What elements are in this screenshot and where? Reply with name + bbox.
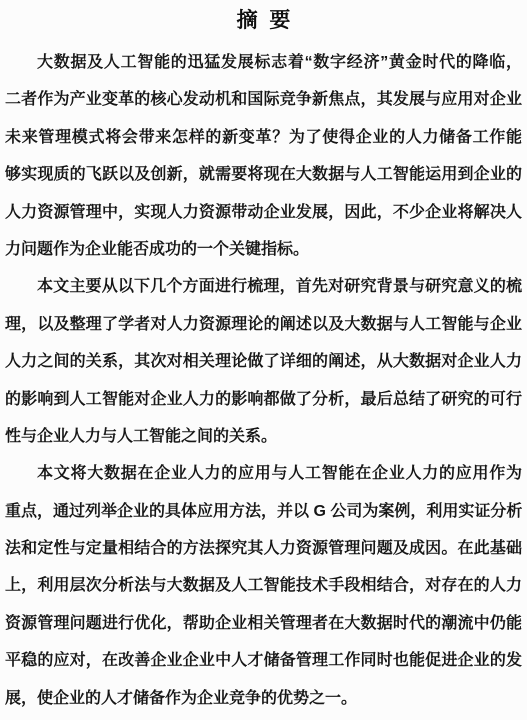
abstract-paragraph-2: 本文主要从以下几个方面进行梳理，首先对研究背景与研究意义的梳 理，以及整理了学者… xyxy=(5,268,522,455)
abstract-paragraph-1: 大数据及人工智能的迅猛发展标志着“数字经济”黄金时代的降临， 二者作为产业变革的… xyxy=(5,44,522,268)
abstract-line: 本文主要从以下几个方面进行梳理，首先对研究背景与研究意义的梳 xyxy=(5,268,522,305)
abstract-line: 理，以及整理了学者对人力资源理论的阐述以及大数据与人工智能与企业 xyxy=(5,306,522,343)
abstract-line: 力问题作为企业能否成功的一个关键指标。 xyxy=(5,231,522,268)
abstract-line: 二者作为产业变革的核心发动机和国际竞争新焦点，其发展与应用对企业 xyxy=(5,81,522,118)
abstract-line: 未来管理模式将会带来怎样的新变革？为了使得企业的人力储备工作能 xyxy=(5,119,522,156)
abstract-line: 本文将大数据在企业人力的应用与人工智能在企业人力的应用作为 xyxy=(5,455,522,492)
abstract-paragraph-3: 本文将大数据在企业人力的应用与人工智能在企业人力的应用作为 重点，通过列举企业的… xyxy=(5,455,522,717)
abstract-line: 法和定性与定量相结合的方法探究其人力资源管理问题及成因。在此基础 xyxy=(5,530,522,567)
abstract-line: 重点，通过列举企业的具体应用方法，并以 G 公司为案例，利用实证分析 xyxy=(5,493,522,530)
abstract-page: 摘 要 大数据及人工智能的迅猛发展标志着“数字经济”黄金时代的降临， 二者作为产… xyxy=(0,0,527,720)
abstract-line: 的影响到人工智能对企业人力的影响都做了分析，最后总结了研究的可行 xyxy=(5,381,522,418)
abstract-line: 大数据及人工智能的迅猛发展标志着“数字经济”黄金时代的降临， xyxy=(5,44,522,81)
abstract-line: 人力资源管理中，实现人力资源带动企业发展，因此，不少企业将解决人 xyxy=(5,194,522,231)
abstract-line: 上，利用层次分析法与大数据及人工智能技术手段相结合，对存在的人力 xyxy=(5,567,522,604)
abstract-line: 性与企业人力与人工智能之间的关系。 xyxy=(5,418,522,455)
page-title: 摘 要 xyxy=(5,0,522,36)
abstract-line: 够实现质的飞跃以及创新，就需要将现在大数据与人工智能运用到企业的 xyxy=(5,156,522,193)
abstract-line: 展，使企业的人才储备作为企业竞争的优势之一。 xyxy=(5,680,522,717)
abstract-line: 人力之间的关系，其次对相关理论做了详细的阐述，从大数据对企业人力 xyxy=(5,343,522,380)
abstract-line: 资源管理问题进行优化，帮助企业相关管理者在大数据时代的潮流中仍能 xyxy=(5,605,522,642)
abstract-body: 大数据及人工智能的迅猛发展标志着“数字经济”黄金时代的降临， 二者作为产业变革的… xyxy=(5,44,522,717)
abstract-line: 平稳的应对，在改善企业企业中人才储备管理工作同时也能促进企业的发 xyxy=(5,642,522,679)
